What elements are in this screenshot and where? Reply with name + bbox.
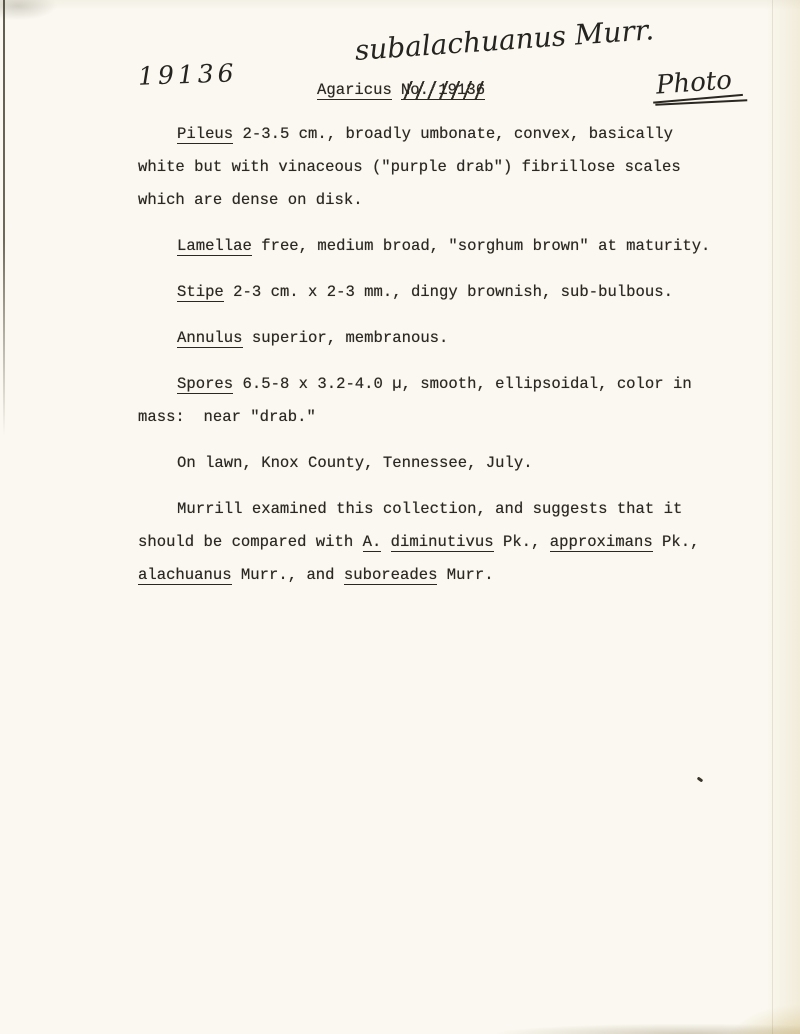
document-page: 19136 subalachuanus Murr. AgaricusNo. 19… [0, 0, 800, 1034]
paragraph-lamellae: Lamellae free, medium broad, "sorghum br… [138, 230, 720, 263]
paragraph-spores: Spores 6.5-8 x 3.2-4.0 µ, smooth, ellips… [138, 368, 720, 434]
handwritten-specimen-number: 19136 [138, 58, 238, 90]
paragraph-habitat: On lawn, Knox County, Tennessee, July. [138, 447, 720, 480]
handwritten-species-name: subalachuanus Murr. [354, 13, 655, 67]
typed-header: AgaricusNo. 19136 [317, 80, 485, 100]
paragraph-stipe: Stipe 2-3 cm. x 2-3 mm., dingy brownish,… [138, 276, 720, 309]
paragraph-annulus: Annulus superior, membranous. [138, 322, 720, 355]
paragraph-remarks: Murrill examined this collection, and su… [138, 493, 720, 592]
paper-crease [772, 0, 773, 1034]
scan-edge-line [3, 0, 5, 436]
genus-label: Agaricus [317, 81, 392, 100]
handwritten-photo-note: Photo [655, 65, 733, 102]
paragraph-pileus: Pileus 2-3.5 cm., broadly umbonate, conv… [138, 118, 720, 217]
description-body: Pileus 2-3.5 cm., broadly umbonate, conv… [138, 118, 720, 605]
crossed-out-collection-number: No. 19136 [401, 81, 485, 100]
ink-speck [697, 777, 704, 783]
